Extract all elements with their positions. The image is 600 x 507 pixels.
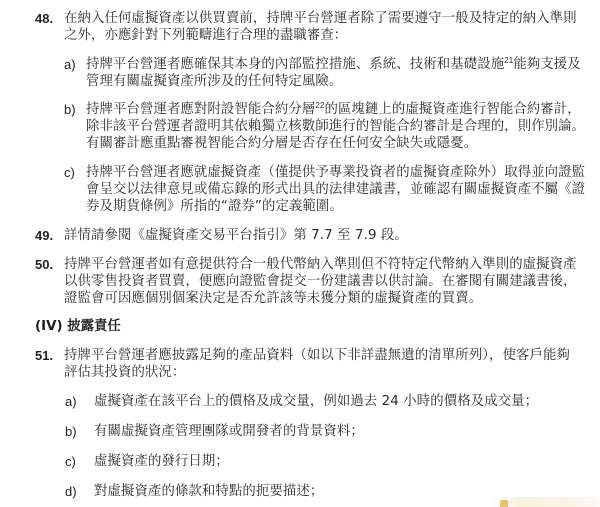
item-text: 能夠支援及 [513,57,580,72]
footnote-ref: 21 [504,56,513,65]
item-text: 有關虛擬資產管理團隊或開發者的背景資料； [94,423,364,440]
paragraph-text-line: 詳情請參閱《虛擬資產交易平台指引》第 7.7 至 7.9 段。 [64,227,408,244]
paragraph-text-line: 之外，亦應針對下列範疇進行合理的盡職審查： [64,27,347,44]
paragraph-text-line: 在納入任何虛擬資產以供買賣前，持牌平台營運者除了需要遵守一般及特定的納入準則 [64,10,577,27]
paragraph-text-line: 持牌平台營運者應披露足夠的產品資料（如以下非詳盡無遺的清單所列），使客戶能夠 [64,347,570,364]
paragraph-text-line: 持牌平台營運者如有意提供符合一般代幣納入準則但不符特定代幣納入準則的虛擬資產 [64,256,577,273]
watermark-logo [490,497,598,507]
paragraph-number: 49. [35,227,53,244]
item-text-line: 持牌平台營運者應確保其本身的內部監控措施、系統、技術和基礎設施21能夠支援及 [86,56,581,73]
paragraph-text-line: 評估其投資的狀況： [64,364,185,381]
item-marker: c) [65,453,76,470]
item-marker: b) [64,101,76,118]
item-text: 虛擬資產的發行日期； [94,453,229,470]
item-text-line: 持牌平台營運者應就虛擬資產（僅提供予專業投資者的虛擬資產除外）取得並向證監 [86,164,585,181]
paragraph-number: 48. [35,10,53,27]
section-heading: (IV) 披露責任 [35,318,121,335]
item-text: 虛擬資產在該平台上的價格及成交量，例如過去 24 小時的價格及成交量； [94,393,538,410]
item-text-line: 除非該平台營運者證明其依賴獨立核數師進行的智能合約審計是合理的，則作別論。 [86,118,585,135]
item-marker: b) [65,423,77,440]
item-text-line: 有關審計應重點審視智能合約分層是否存在任何安全缺失或隱憂。 [86,135,477,152]
item-text-line: 管理有關虛擬資產所涉及的任何特定風險。 [86,73,342,90]
watermark-icon [500,500,508,507]
paragraph-number: 50. [35,256,53,273]
item-text-line: 持牌平台營運者應對附設智能合約分層22的區塊鏈上的虛擬資產進行智能合約審計， [86,101,581,118]
item-marker: d) [65,483,77,500]
item-text: 持牌平台營運者應確保其本身的內部監控措施、系統、技術和基礎設施 [86,57,504,72]
item-text-line: 券及期貨條例》所指的“證券”的定義範圍。 [86,198,343,215]
document-page: 48. 在納入任何虛擬資產以供買賣前，持牌平台營運者除了需要遵守一般及特定的納入… [0,0,600,507]
item-text: 持牌平台營運者應對附設智能合約分層 [86,102,315,117]
item-marker: a) [65,393,77,410]
paragraph-number: 51. [35,347,53,364]
item-marker: a) [64,56,76,73]
item-text: 的區塊鏈上的虛擬資產進行智能合約審計， [324,102,580,117]
item-text-line: 會呈交以法律意見或備忘錄的形式出具的法律建議書，並確認有關虛擬資產不屬《證 [86,181,585,198]
item-marker: c) [64,164,75,181]
item-text: 對虛擬資產的條款和特點的扼要描述； [94,483,323,500]
paragraph-text-line: 以供零售投資者買賣，便應向證監會提交一份建議書以供討論。在審閱有關建議書後， [64,273,577,290]
paragraph-text-line: 證監會可因應個別個案決定是否允許該等未獲分類的虛擬資產的買賣。 [64,290,482,307]
